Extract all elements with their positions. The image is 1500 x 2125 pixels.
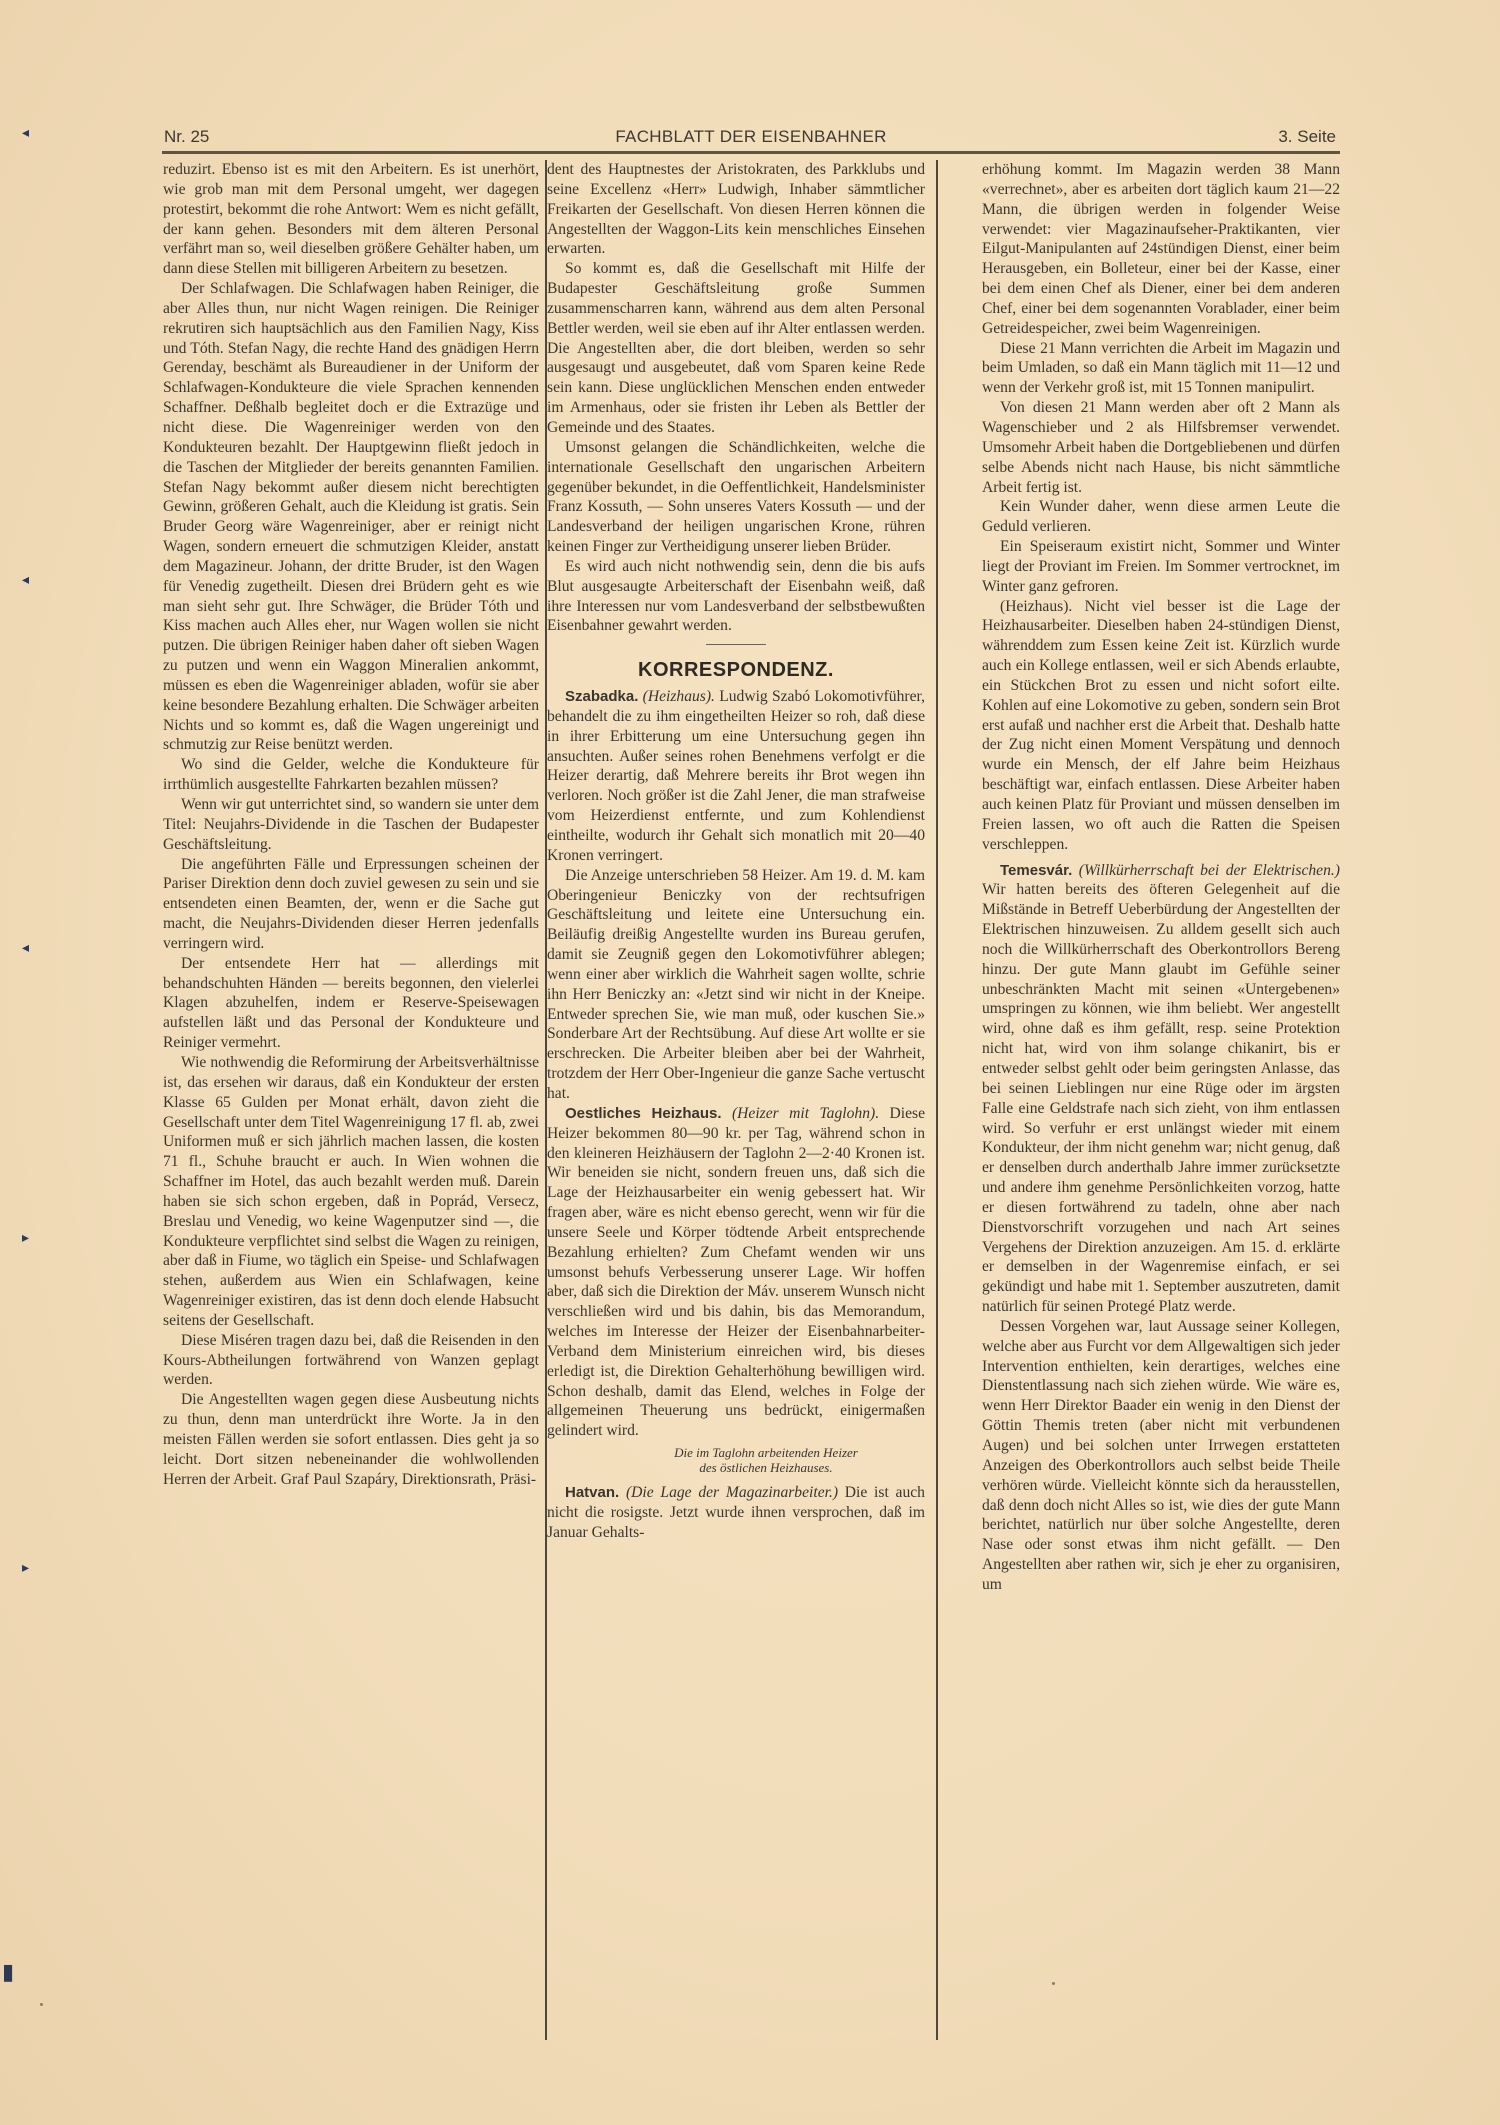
report-subtitle: (Willkürherrschaft bei der Elektrischen.… xyxy=(1079,862,1340,879)
paragraph: reduzirt. Ebenso ist es mit den Arbeiter… xyxy=(163,160,539,279)
report-location: Temesvár. xyxy=(1000,862,1072,879)
paragraph: Ein Speiseraum existirt nicht, Sommer un… xyxy=(982,537,1340,597)
column-3: erhöhung kommt. Im Magazin werden 38 Man… xyxy=(982,160,1340,1595)
signature-line: des östlichen Heizhauses. xyxy=(607,1460,925,1475)
paragraph: Diese 21 Mann verrichten die Arbeit im M… xyxy=(982,339,1340,399)
column-divider xyxy=(936,160,938,2040)
paragraph: Der entsendete Herr hat — allerdings mit… xyxy=(163,954,539,1053)
paper-spot xyxy=(1052,1982,1055,1985)
paragraph: Dessen Vorgehen war, laut Aussage seiner… xyxy=(982,1317,1340,1595)
report-szabadka: Szabadka. (Heizhaus). Ludwig Szabó Lokom… xyxy=(547,687,925,866)
report-location: Szabadka. xyxy=(565,688,638,705)
paragraph: Es wird auch nicht nothwendig sein, denn… xyxy=(547,557,925,636)
paragraph: dent des Hauptnestes der Aristokraten, d… xyxy=(547,160,925,259)
margin-mark-icon: ▮ xyxy=(2,1960,14,1985)
publication-title: FACHBLATT DER EISENBAHNER xyxy=(162,127,1340,147)
report-signature: Die im Taglohn arbeitenden Heizer des ös… xyxy=(607,1445,925,1475)
report-hatvan: Hatvan. (Die Lage der Magazinarbeiter.) … xyxy=(547,1483,925,1543)
report-subtitle: (Die Lage der Magazinarbeiter.) xyxy=(626,1484,838,1501)
paragraph: Diese Miséren tragen dazu bei, daß die R… xyxy=(163,1331,539,1391)
page-number: 3. Seite xyxy=(1278,127,1336,147)
paragraph: erhöhung kommt. Im Magazin werden 38 Man… xyxy=(982,160,1340,339)
margin-mark-icon: ◂ xyxy=(22,125,29,141)
report-temesvar: Temesvár. (Willkürherrschaft bei der Ele… xyxy=(982,861,1340,1317)
paragraph-heizhaus: (Heizhaus). Nicht viel besser ist die La… xyxy=(982,597,1340,855)
section-separator xyxy=(706,644,766,645)
column-2: dent des Hauptnestes der Aristokraten, d… xyxy=(547,160,925,1543)
report-oestliches-heizhaus: Oestliches Heizhaus. (Heizer mit Taglohn… xyxy=(547,1104,925,1441)
paragraph: Die Anzeige unterschrieben 58 Heizer. Am… xyxy=(547,866,925,1104)
report-text: Wir hatten bereits des öfteren Gelegenhe… xyxy=(982,881,1340,1315)
paragraph-schlafwagen: Der Schlafwagen. Die Schlafwagen haben R… xyxy=(163,279,539,755)
margin-mark-icon: ▸ xyxy=(22,1230,29,1246)
paper-spot xyxy=(40,2003,43,2006)
report-text: Ludwig Szabó Lokomotivführer, behandelt … xyxy=(547,688,925,864)
paragraph: Von diesen 21 Mann werden aber oft 2 Man… xyxy=(982,398,1340,497)
paragraph: Kein Wunder daher, wenn diese armen Leut… xyxy=(982,497,1340,537)
paragraph: So kommt es, daß die Gesellschaft mit Hi… xyxy=(547,259,925,438)
report-location: Hatvan. xyxy=(565,1484,619,1501)
margin-mark-icon: ▸ xyxy=(22,1560,29,1576)
column-1: reduzirt. Ebenso ist es mit den Arbeiter… xyxy=(163,160,539,1490)
section-heading-korrespondenz: KORRESPONDENZ. xyxy=(547,661,925,681)
paragraph: Umsonst gelangen die Schändlichkeiten, w… xyxy=(547,438,925,557)
margin-mark-icon: ◂ xyxy=(22,940,29,956)
paragraph: Die angeführten Fälle und Erpressungen s… xyxy=(163,855,539,954)
page-header: Nr. 25 FACHBLATT DER EISENBAHNER 3. Seit… xyxy=(162,127,1340,154)
report-location: Oestliches Heizhaus. xyxy=(565,1105,722,1122)
signature-line: Die im Taglohn arbeitenden Heizer xyxy=(607,1445,925,1460)
margin-mark-icon: ◂ xyxy=(22,572,29,588)
report-text: Diese Heizer bekommen 80—90 kr. per Tag,… xyxy=(547,1105,925,1440)
report-subtitle: (Heizer mit Taglohn). xyxy=(732,1105,879,1122)
paragraph: Wo sind die Gelder, welche die Kondukteu… xyxy=(163,755,539,795)
paragraph: Die Angestellten wagen gegen diese Ausbe… xyxy=(163,1390,539,1489)
newspaper-page: ◂ ◂ ◂ ▸ ▸ ▮ Nr. 25 FACHBLATT DER EISENBA… xyxy=(0,0,1500,2125)
paragraph: Wie nothwendig die Reformirung der Arbei… xyxy=(163,1053,539,1331)
paragraph: Wenn wir gut unterrichtet sind, so wande… xyxy=(163,795,539,855)
report-subtitle: (Heizhaus). xyxy=(643,688,715,705)
